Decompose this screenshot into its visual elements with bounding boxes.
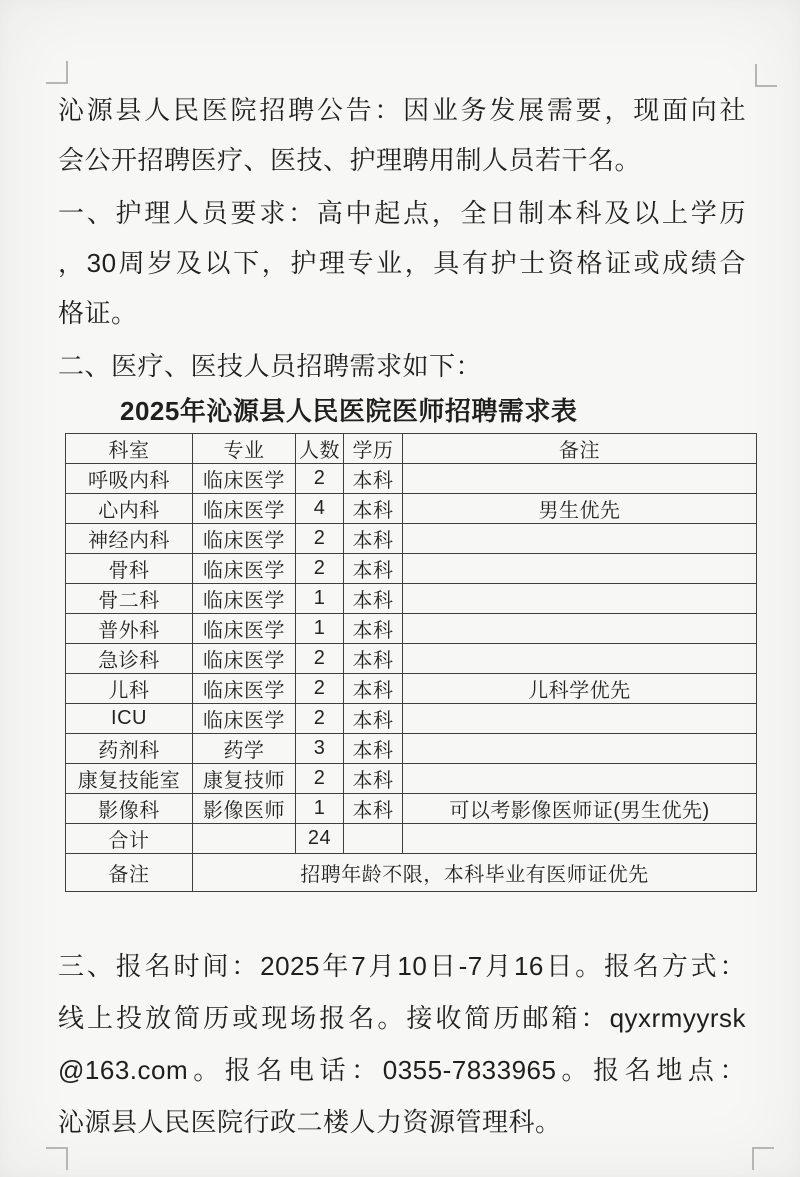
cell-degree: 本科 bbox=[344, 764, 403, 794]
cell-degree: 本科 bbox=[344, 614, 403, 644]
text-line: @163.com。报名电话：0355-7833965。报名地点： bbox=[58, 1044, 746, 1096]
text-line: 一、护理人员要求：高中起点，全日制本科及以上学历 bbox=[58, 188, 746, 238]
header-note: 备注 bbox=[403, 434, 757, 464]
header-degree: 学历 bbox=[344, 434, 403, 464]
cell-note bbox=[403, 734, 757, 764]
cell-count: 4 bbox=[296, 494, 344, 524]
text-line: 沁源县人民医院招聘公告：因业务发展需要，现面向社 bbox=[58, 85, 746, 135]
cell-dept: 康复技能室 bbox=[66, 764, 193, 794]
corner-mark-bottom-left bbox=[46, 1147, 68, 1170]
table-row: 儿科 临床医学 2 本科 儿科学优先 bbox=[66, 674, 757, 704]
cell-degree: 本科 bbox=[344, 494, 403, 524]
header-major: 专业 bbox=[193, 434, 296, 464]
table-row: 骨二科 临床医学 1 本科 bbox=[66, 584, 757, 614]
table-row: ICU 临床医学 2 本科 bbox=[66, 704, 757, 734]
cell-note bbox=[403, 644, 757, 674]
cell-count: 3 bbox=[296, 734, 344, 764]
cell-count: 1 bbox=[296, 794, 344, 824]
cell-dept: 合计 bbox=[66, 824, 193, 854]
cell-major: 临床医学 bbox=[193, 584, 296, 614]
table-row: 神经内科 临床医学 2 本科 bbox=[66, 524, 757, 554]
paragraph-intro: 沁源县人民医院招聘公告：因业务发展需要，现面向社 会公开招聘医疗、医技、护理聘用… bbox=[58, 85, 746, 185]
cell-major: 临床医学 bbox=[193, 614, 296, 644]
cell-degree: 本科 bbox=[344, 794, 403, 824]
cell-remark-label: 备注 bbox=[66, 854, 193, 892]
text-line: 二、医疗、医技人员招聘需求如下： bbox=[58, 341, 746, 391]
cell-dept: 骨科 bbox=[66, 554, 193, 584]
cell-major: 临床医学 bbox=[193, 674, 296, 704]
cell-degree: 本科 bbox=[344, 644, 403, 674]
text-line: 沁源县人民医院行政二楼人力资源管理科。 bbox=[58, 1096, 746, 1148]
announcement-document: 沁源县人民医院招聘公告：因业务发展需要，现面向社 会公开招聘医疗、医技、护理聘用… bbox=[58, 85, 746, 1148]
cell-degree bbox=[344, 824, 403, 854]
table-title: 2025年沁源县人民医院医师招聘需求表 bbox=[58, 391, 746, 431]
text-line: 会公开招聘医疗、医技、护理聘用制人员若干名。 bbox=[58, 135, 746, 185]
paragraph-section1-nursing-requirements: 一、护理人员要求：高中起点，全日制本科及以上学历 ，30周岁及以下，护理专业，具… bbox=[58, 188, 746, 338]
cell-note bbox=[403, 764, 757, 794]
cell-count: 2 bbox=[296, 674, 344, 704]
table-row-total: 合计 24 bbox=[66, 824, 757, 854]
table-row: 呼吸内科 临床医学 2 本科 bbox=[66, 464, 757, 494]
cell-note bbox=[403, 584, 757, 614]
cell-count: 2 bbox=[296, 464, 344, 494]
recruitment-table: 科室 专业 人数 学历 备注 呼吸内科 临床医学 2 本科 心内科 临床医学 4… bbox=[65, 433, 757, 892]
cell-dept: 药剂科 bbox=[66, 734, 193, 764]
cell-dept: 急诊科 bbox=[66, 644, 193, 674]
cell-major: 药学 bbox=[193, 734, 296, 764]
cell-major: 临床医学 bbox=[193, 464, 296, 494]
cell-note: 男生优先 bbox=[403, 494, 757, 524]
corner-mark-bottom-right bbox=[752, 1147, 774, 1170]
cell-note: 可以考影像医师证(男生优先) bbox=[403, 794, 757, 824]
cell-count: 2 bbox=[296, 644, 344, 674]
cell-dept: 神经内科 bbox=[66, 524, 193, 554]
cell-dept: 影像科 bbox=[66, 794, 193, 824]
cell-major: 临床医学 bbox=[193, 644, 296, 674]
table-header-row: 科室 专业 人数 学历 备注 bbox=[66, 434, 757, 464]
cell-count: 2 bbox=[296, 524, 344, 554]
cell-remark-text: 招聘年龄不限，本科毕业有医师证优先 bbox=[193, 854, 757, 892]
header-dept: 科室 bbox=[66, 434, 193, 464]
cell-major: 临床医学 bbox=[193, 704, 296, 734]
cell-count: 1 bbox=[296, 584, 344, 614]
cell-note bbox=[403, 824, 757, 854]
cell-major: 临床医学 bbox=[193, 524, 296, 554]
cell-major: 临床医学 bbox=[193, 494, 296, 524]
text-line: 三、报名时间：2025年7月10日-7月16日。报名方式： bbox=[58, 940, 746, 992]
cell-degree: 本科 bbox=[344, 704, 403, 734]
cell-dept: 普外科 bbox=[66, 614, 193, 644]
cell-degree: 本科 bbox=[344, 584, 403, 614]
cell-note bbox=[403, 704, 757, 734]
paragraph-section3-application: 三、报名时间：2025年7月10日-7月16日。报名方式： 线上投放简历或现场报… bbox=[58, 940, 746, 1148]
table-row: 药剂科 药学 3 本科 bbox=[66, 734, 757, 764]
table-row: 普外科 临床医学 1 本科 bbox=[66, 614, 757, 644]
cell-note bbox=[403, 464, 757, 494]
cell-major: 影像医师 bbox=[193, 794, 296, 824]
cell-major: 康复技师 bbox=[193, 764, 296, 794]
cell-dept: 呼吸内科 bbox=[66, 464, 193, 494]
table-row: 骨科 临床医学 2 本科 bbox=[66, 554, 757, 584]
cell-count: 2 bbox=[296, 704, 344, 734]
paragraph-section2-heading: 二、医疗、医技人员招聘需求如下： bbox=[58, 341, 746, 391]
cell-major: 临床医学 bbox=[193, 554, 296, 584]
cell-note bbox=[403, 554, 757, 584]
header-count: 人数 bbox=[296, 434, 344, 464]
table-row: 康复技能室 康复技师 2 本科 bbox=[66, 764, 757, 794]
cell-dept: 儿科 bbox=[66, 674, 193, 704]
cell-count: 2 bbox=[296, 554, 344, 584]
text-line: 格证。 bbox=[58, 288, 746, 338]
cell-dept: 骨二科 bbox=[66, 584, 193, 614]
text-line: 线上投放简历或现场报名。接收简历邮箱：qyxrmyyrsk bbox=[58, 992, 746, 1044]
table-row: 心内科 临床医学 4 本科 男生优先 bbox=[66, 494, 757, 524]
cell-major bbox=[193, 824, 296, 854]
cell-count: 2 bbox=[296, 764, 344, 794]
cell-degree: 本科 bbox=[344, 674, 403, 704]
corner-mark-top-left bbox=[46, 61, 68, 84]
table-row: 急诊科 临床医学 2 本科 bbox=[66, 644, 757, 674]
cell-count: 1 bbox=[296, 614, 344, 644]
corner-mark-top-right bbox=[755, 64, 777, 87]
text-line: ，30周岁及以下，护理专业，具有护士资格证或成绩合 bbox=[58, 238, 746, 288]
cell-degree: 本科 bbox=[344, 464, 403, 494]
cell-degree: 本科 bbox=[344, 734, 403, 764]
cell-count: 24 bbox=[296, 824, 344, 854]
cell-note bbox=[403, 524, 757, 554]
table-row-remark: 备注 招聘年龄不限，本科毕业有医师证优先 bbox=[66, 854, 757, 892]
cell-degree: 本科 bbox=[344, 524, 403, 554]
cell-note: 儿科学优先 bbox=[403, 674, 757, 704]
cell-note bbox=[403, 614, 757, 644]
table-row: 影像科 影像医师 1 本科 可以考影像医师证(男生优先) bbox=[66, 794, 757, 824]
cell-dept: 心内科 bbox=[66, 494, 193, 524]
cell-degree: 本科 bbox=[344, 554, 403, 584]
cell-dept: ICU bbox=[66, 704, 193, 734]
